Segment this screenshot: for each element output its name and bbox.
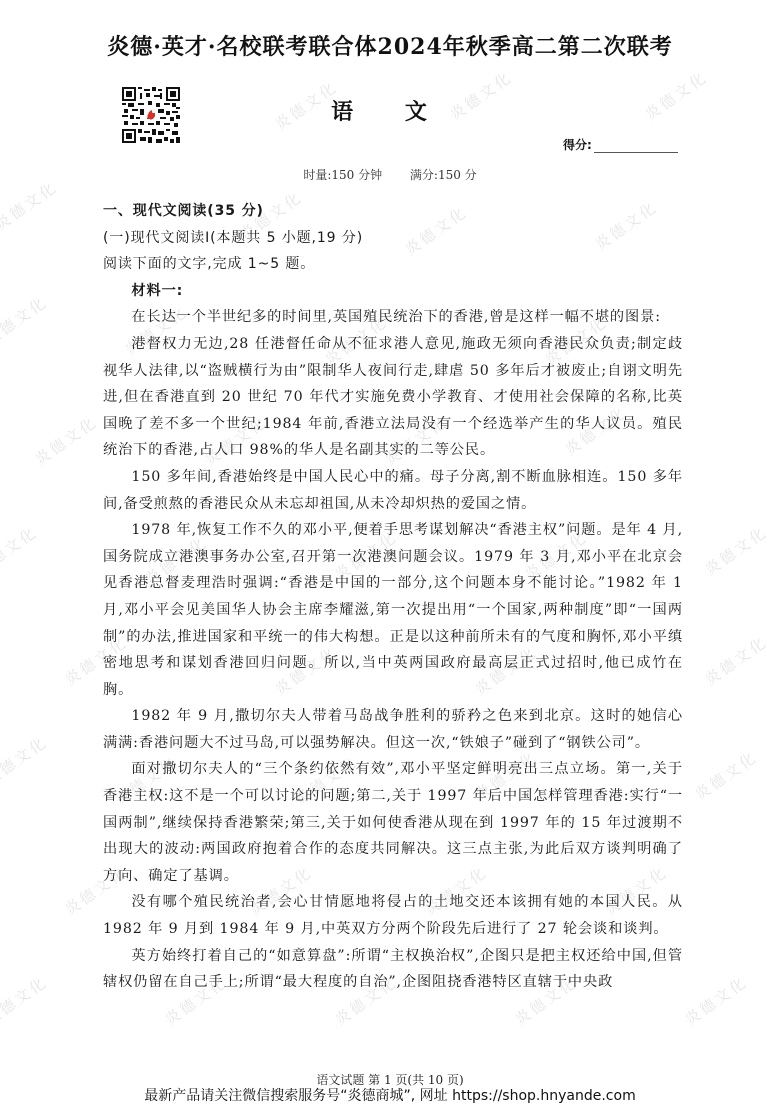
full-score: 满分:150 分	[410, 168, 477, 182]
subsection-title: (一)现代文阅读Ⅰ(本题共 5 小题,19 分)	[103, 225, 683, 252]
section-title: 一、现代文阅读(35 分)	[103, 198, 683, 225]
reading-content: 一、现代文阅读(35 分) (一)现代文阅读Ⅰ(本题共 5 小题,19 分) 阅…	[103, 198, 683, 996]
paragraph: 英方始终打着自己的“如意算盘”:所谓“主权换治权”,企图只是把主权还给中国,但管…	[103, 943, 683, 996]
instruction: 阅读下面的文字,完成 1~5 题。	[103, 251, 683, 278]
promo-footer: 最新产品请关注微信搜索服务号“炎德商城”, 网址 https://shop.hn…	[0, 1085, 780, 1104]
paragraph: 1978 年,恢复工作不久的邓小平,便着手思考谋划解决“香港主权”问题。是年 4…	[103, 517, 683, 703]
subject-title: 语 文	[0, 95, 780, 126]
time-limit: 时量:150 分钟	[303, 168, 382, 182]
score-blank-line[interactable]	[594, 140, 678, 153]
exam-page: 炎德·英才·名校联考联合体2024年秋季高二第二次联考 语 文 得分: 时量:1…	[0, 0, 780, 1104]
paragraph: 港督权力无边,28 任港督任命从不征求港人意见,施政无须向香港民众负责;制定歧视…	[103, 331, 683, 464]
paragraph: 150 多年间,香港始终是中国人民心中的痛。母子分离,割不断血脉相连。150 多…	[103, 464, 683, 517]
paragraph: 1982 年 9 月,撒切尔夫人带着马岛战争胜利的骄矜之色来到北京。这时的她信心…	[103, 703, 683, 756]
exam-title: 炎德·英才·名校联考联合体2024年秋季高二第二次联考	[0, 30, 780, 61]
paragraph: 面对撒切尔夫人的“三个条约依然有效”,邓小平坚定鲜明亮出三点立场。第一,关于香港…	[103, 756, 683, 889]
score-label: 得分:	[563, 136, 592, 153]
paragraph: 在长达一个半世纪多的时间里,英国殖民统治下的香港,曾是这样一幅不堪的图景:	[103, 304, 683, 331]
material-label: 材料一:	[103, 278, 683, 305]
score-field: 得分:	[563, 136, 678, 153]
exam-meta: 时量:150 分钟 满分:150 分	[0, 166, 780, 183]
paragraph: 没有哪个殖民统治者,会心甘情愿地将侵占的土地交还本该拥有她的本国人民。从 198…	[103, 889, 683, 942]
